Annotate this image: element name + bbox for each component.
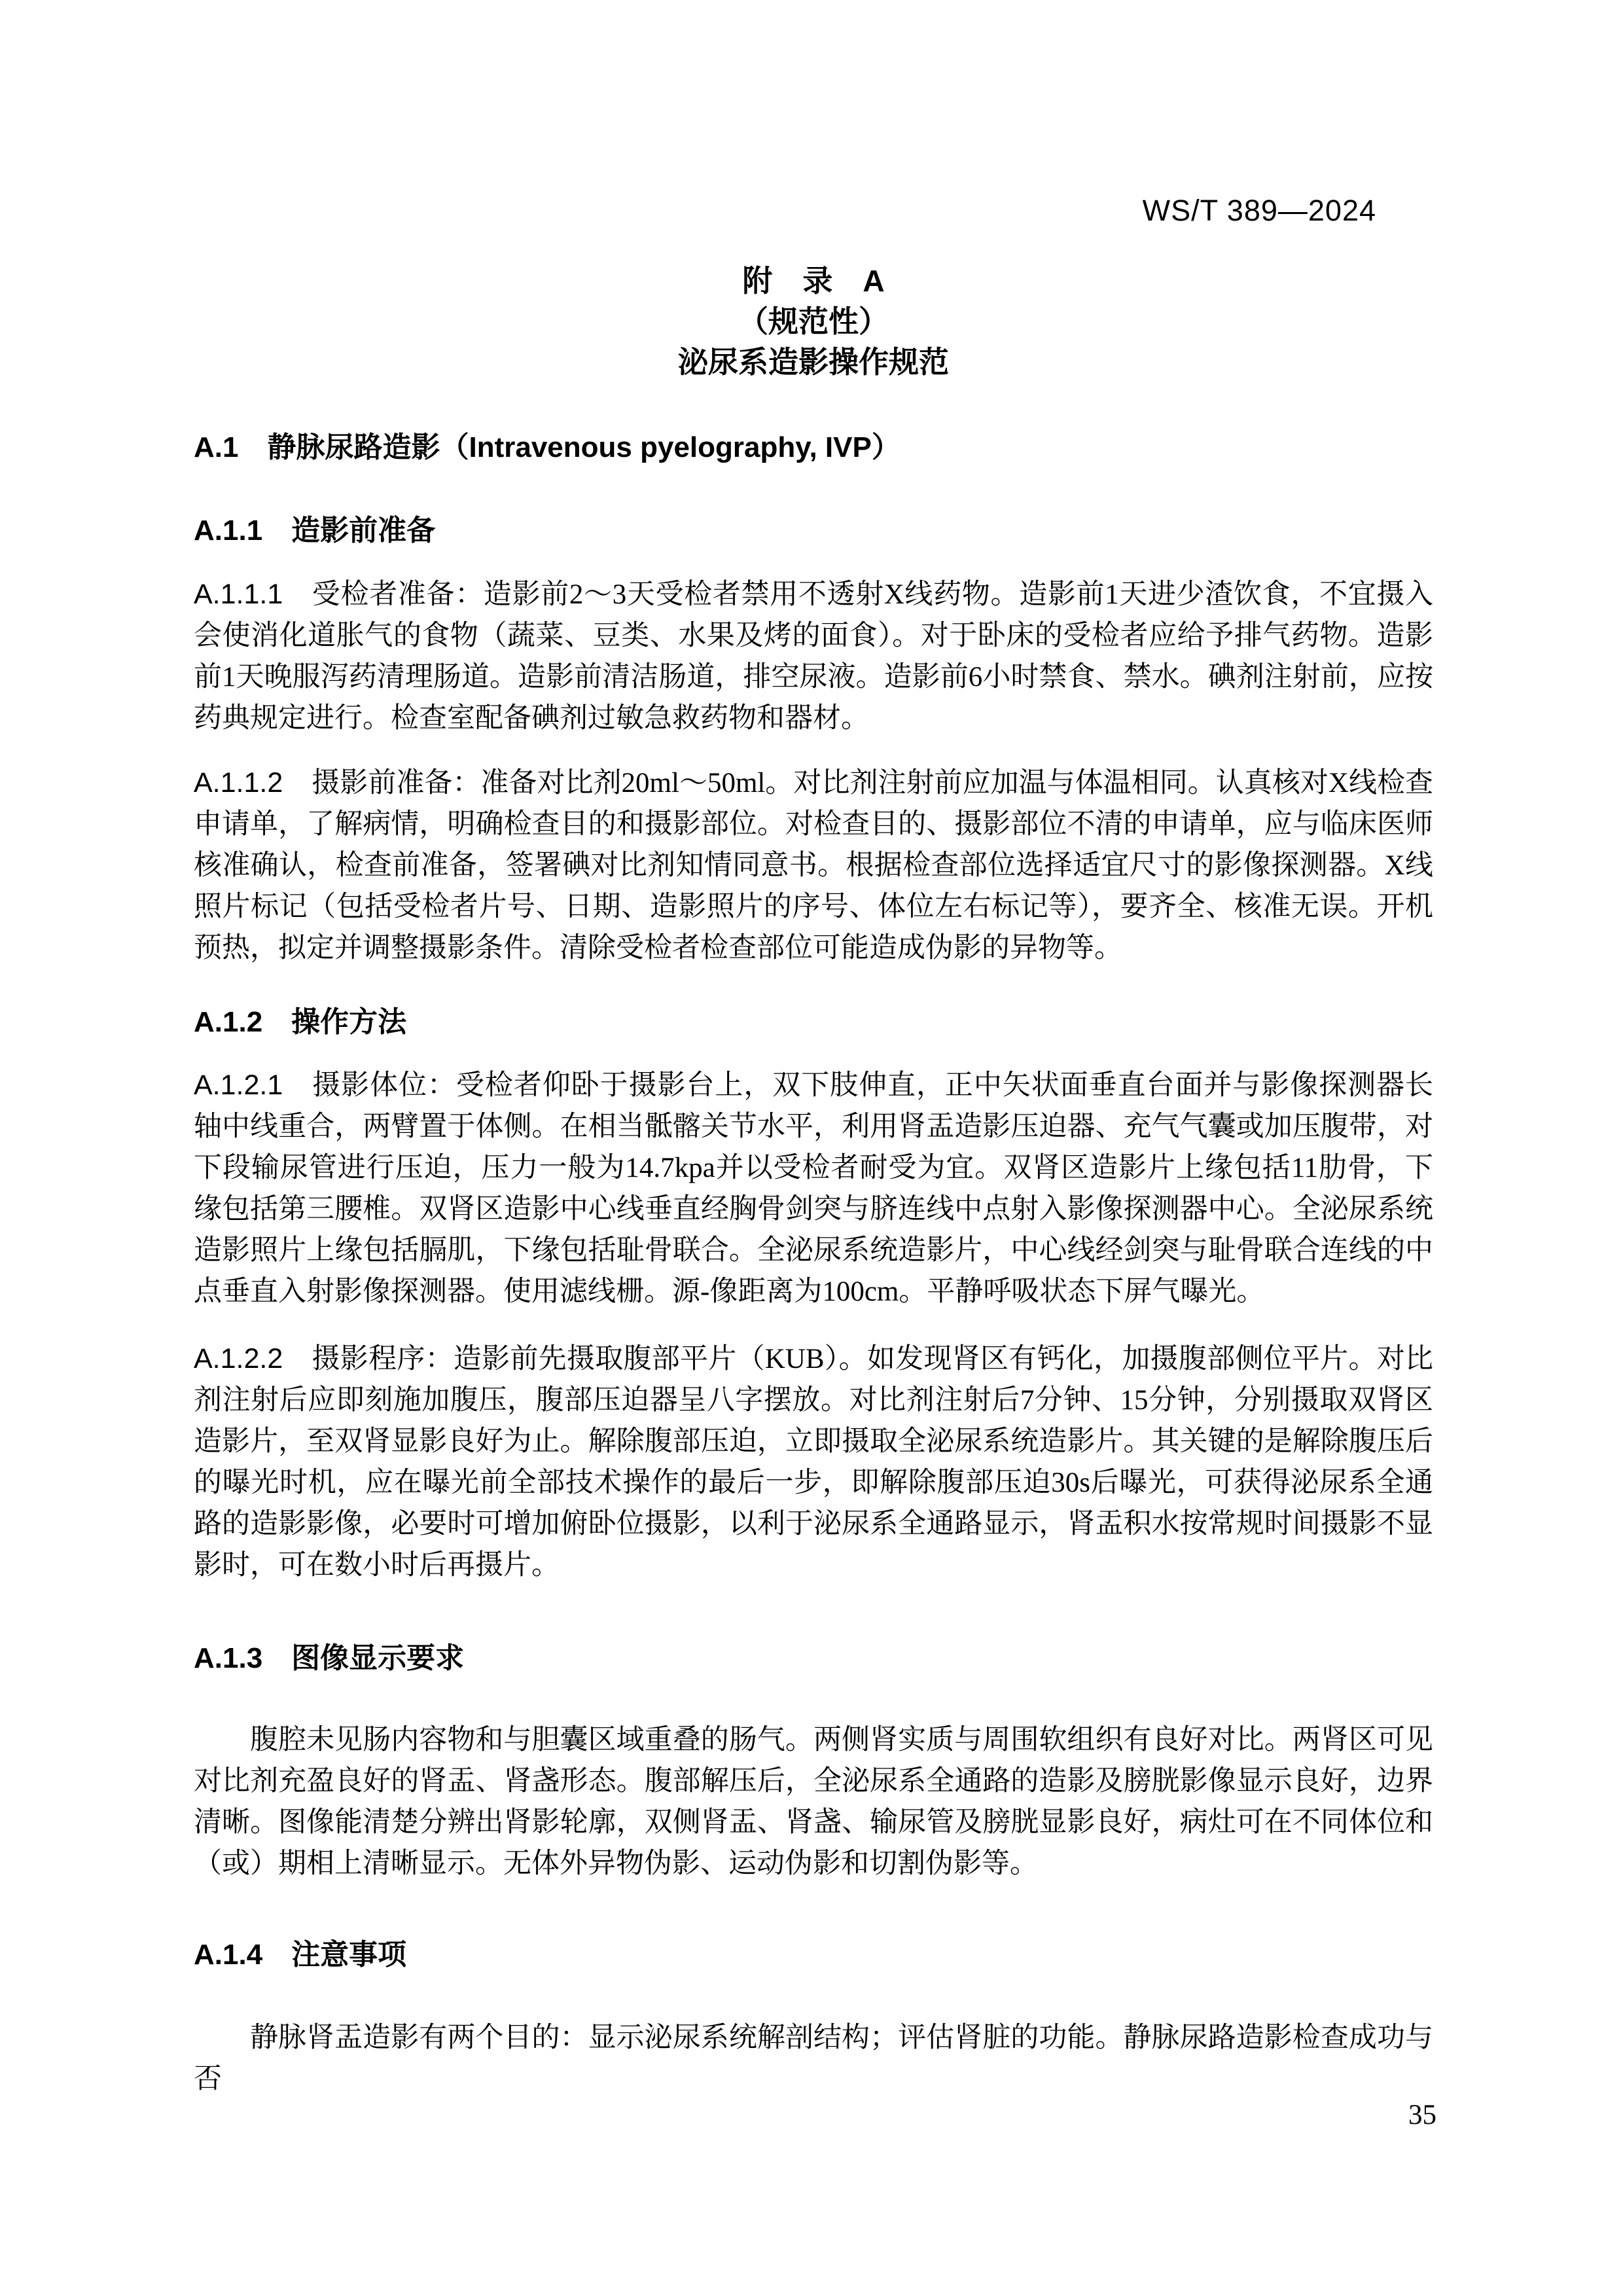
body-paragraph-a13: 腹腔未见肠内容物和与胆囊区域重叠的肠气。两侧肾实质与周围软组织有良好对比。两肾区… [194, 1719, 1433, 1884]
appendix-normative-label: （规范性） [194, 301, 1433, 342]
section-number: A.1.1 [194, 510, 262, 551]
clause-number: A.1.1.1 [194, 579, 283, 610]
section-heading-a11: A.1.1造影前准备 [194, 510, 1433, 551]
clause-text: 受检者准备：造影前2～3天受检者禁用不透射X线药物。造影前1天进少渣饮食，不宜摄… [194, 579, 1433, 734]
section-number: A.1.2 [194, 1001, 262, 1043]
section-title: 造影前准备 [291, 514, 435, 547]
appendix-title-block: 附 录 A （规范性） 泌尿系造影操作规范 [194, 260, 1433, 382]
clause-paragraph-a112: A.1.1.2摄影前准备：准备对比剂20ml～50ml。对比剂注射前应加温与体温… [194, 762, 1433, 969]
section-title: 图像显示要求 [291, 1642, 464, 1674]
section-title: 静脉尿路造影（Intravenous pyelography, IVP） [267, 431, 900, 463]
clause-paragraph-a122: A.1.2.2摄影程序：造影前先摄取腹部平片（KUB）。如发现肾区有钙化，加摄腹… [194, 1338, 1433, 1586]
section-number: A.1.4 [194, 1934, 262, 1975]
body-paragraph-a14: 静脉肾盂造影有两个目的：显示泌尿系统解剖结构；评估肾脏的功能。静脉尿路造影检查成… [194, 2017, 1433, 2100]
section-title: 注意事项 [291, 1939, 406, 1971]
page-number: 35 [1408, 2094, 1436, 2136]
clause-number: A.1.1.2 [194, 767, 283, 798]
document-page: WS/T 389—2024 附 录 A （规范性） 泌尿系造影操作规范 A.1静… [0, 0, 1623, 2296]
section-heading-a14: A.1.4注意事项 [194, 1934, 1433, 1975]
document-code-header: WS/T 389—2024 [194, 190, 1433, 231]
clause-text: 摄影体位：受检者仰卧于摄影台上，双下肢伸直，正中矢状面垂直台面并与影像探测器长轴… [194, 1070, 1433, 1307]
clause-number: A.1.2.1 [194, 1069, 283, 1101]
appendix-title: 附 录 A [194, 260, 1433, 301]
clause-number: A.1.2.2 [194, 1343, 283, 1374]
section-heading-a1: A.1静脉尿路造影（Intravenous pyelography, IVP） [194, 427, 1433, 468]
page-content: WS/T 389—2024 附 录 A （规范性） 泌尿系造影操作规范 A.1静… [194, 0, 1433, 2100]
section-number: A.1 [194, 427, 238, 468]
section-heading-a13: A.1.3图像显示要求 [194, 1638, 1433, 1679]
clause-text: 摄影前准备：准备对比剂20ml～50ml。对比剂注射前应加温与体温相同。认真核对… [194, 768, 1433, 963]
clause-text: 摄影程序：造影前先摄取腹部平片（KUB）。如发现肾区有钙化，加摄腹部侧位平片。对… [194, 1344, 1433, 1581]
section-heading-a12: A.1.2操作方法 [194, 1001, 1433, 1043]
section-number: A.1.3 [194, 1638, 262, 1679]
section-title: 操作方法 [291, 1006, 406, 1038]
appendix-subject-title: 泌尿系造影操作规范 [194, 342, 1433, 382]
clause-paragraph-a111: A.1.1.1受检者准备：造影前2～3天受检者禁用不透射X线药物。造影前1天进少… [194, 574, 1433, 739]
clause-paragraph-a121: A.1.2.1摄影体位：受检者仰卧于摄影台上，双下肢伸直，正中矢状面垂直台面并与… [194, 1065, 1433, 1312]
